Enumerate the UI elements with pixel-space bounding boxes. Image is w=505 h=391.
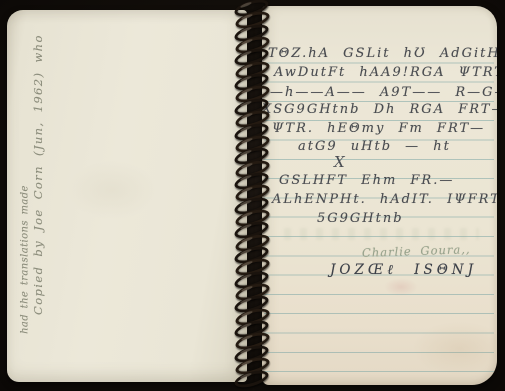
syllabary-line-9: 5G9GHtnb <box>317 211 404 226</box>
syllabary-line-1: TΘZ.hA GSLit hƱ AdGitHt <box>268 46 497 61</box>
section-divider-x-mark: X <box>334 153 345 171</box>
margin-note-line-1: Copied by Joe Corn (Jun, 1962) who <box>31 55 45 315</box>
erased-pencil-smudge <box>284 228 479 240</box>
syllabary-line-4: XSG9GHtnb Dh RGA FRT— <box>262 102 497 117</box>
ink-signature: JOZŒℓ ISΘNJ <box>330 262 477 278</box>
left-page: Copied by Joe Corn (Jun, 1962) who had t… <box>7 10 247 382</box>
syllabary-line-2: AwDutFt hAA9!RGA ΨTRT <box>274 65 497 80</box>
syllabary-line-6: atG9 uHtb — ht <box>298 139 451 154</box>
right-page: TΘZ.hA GSLit hƱ AdGitHt AwDutFt hAA9!RGA… <box>262 6 497 385</box>
syllabary-line-3: —h——A—— A9T—— R—G— <box>270 85 497 100</box>
syllabary-line-7: GSLHFT Ehm FR.— <box>279 173 454 188</box>
page-stain <box>67 160 157 220</box>
syllabary-line-8: ALhENPHt. hAdIT. IΨFRT. <box>272 192 497 207</box>
notebook-photo: Copied by Joe Corn (Jun, 1962) who had t… <box>0 0 505 391</box>
spiral-binding <box>232 1 269 390</box>
syllabary-line-5: ΨTR. hEΘmy Fm FRT— <box>272 121 485 136</box>
margin-note-line-2: had the translations made <box>20 185 31 335</box>
